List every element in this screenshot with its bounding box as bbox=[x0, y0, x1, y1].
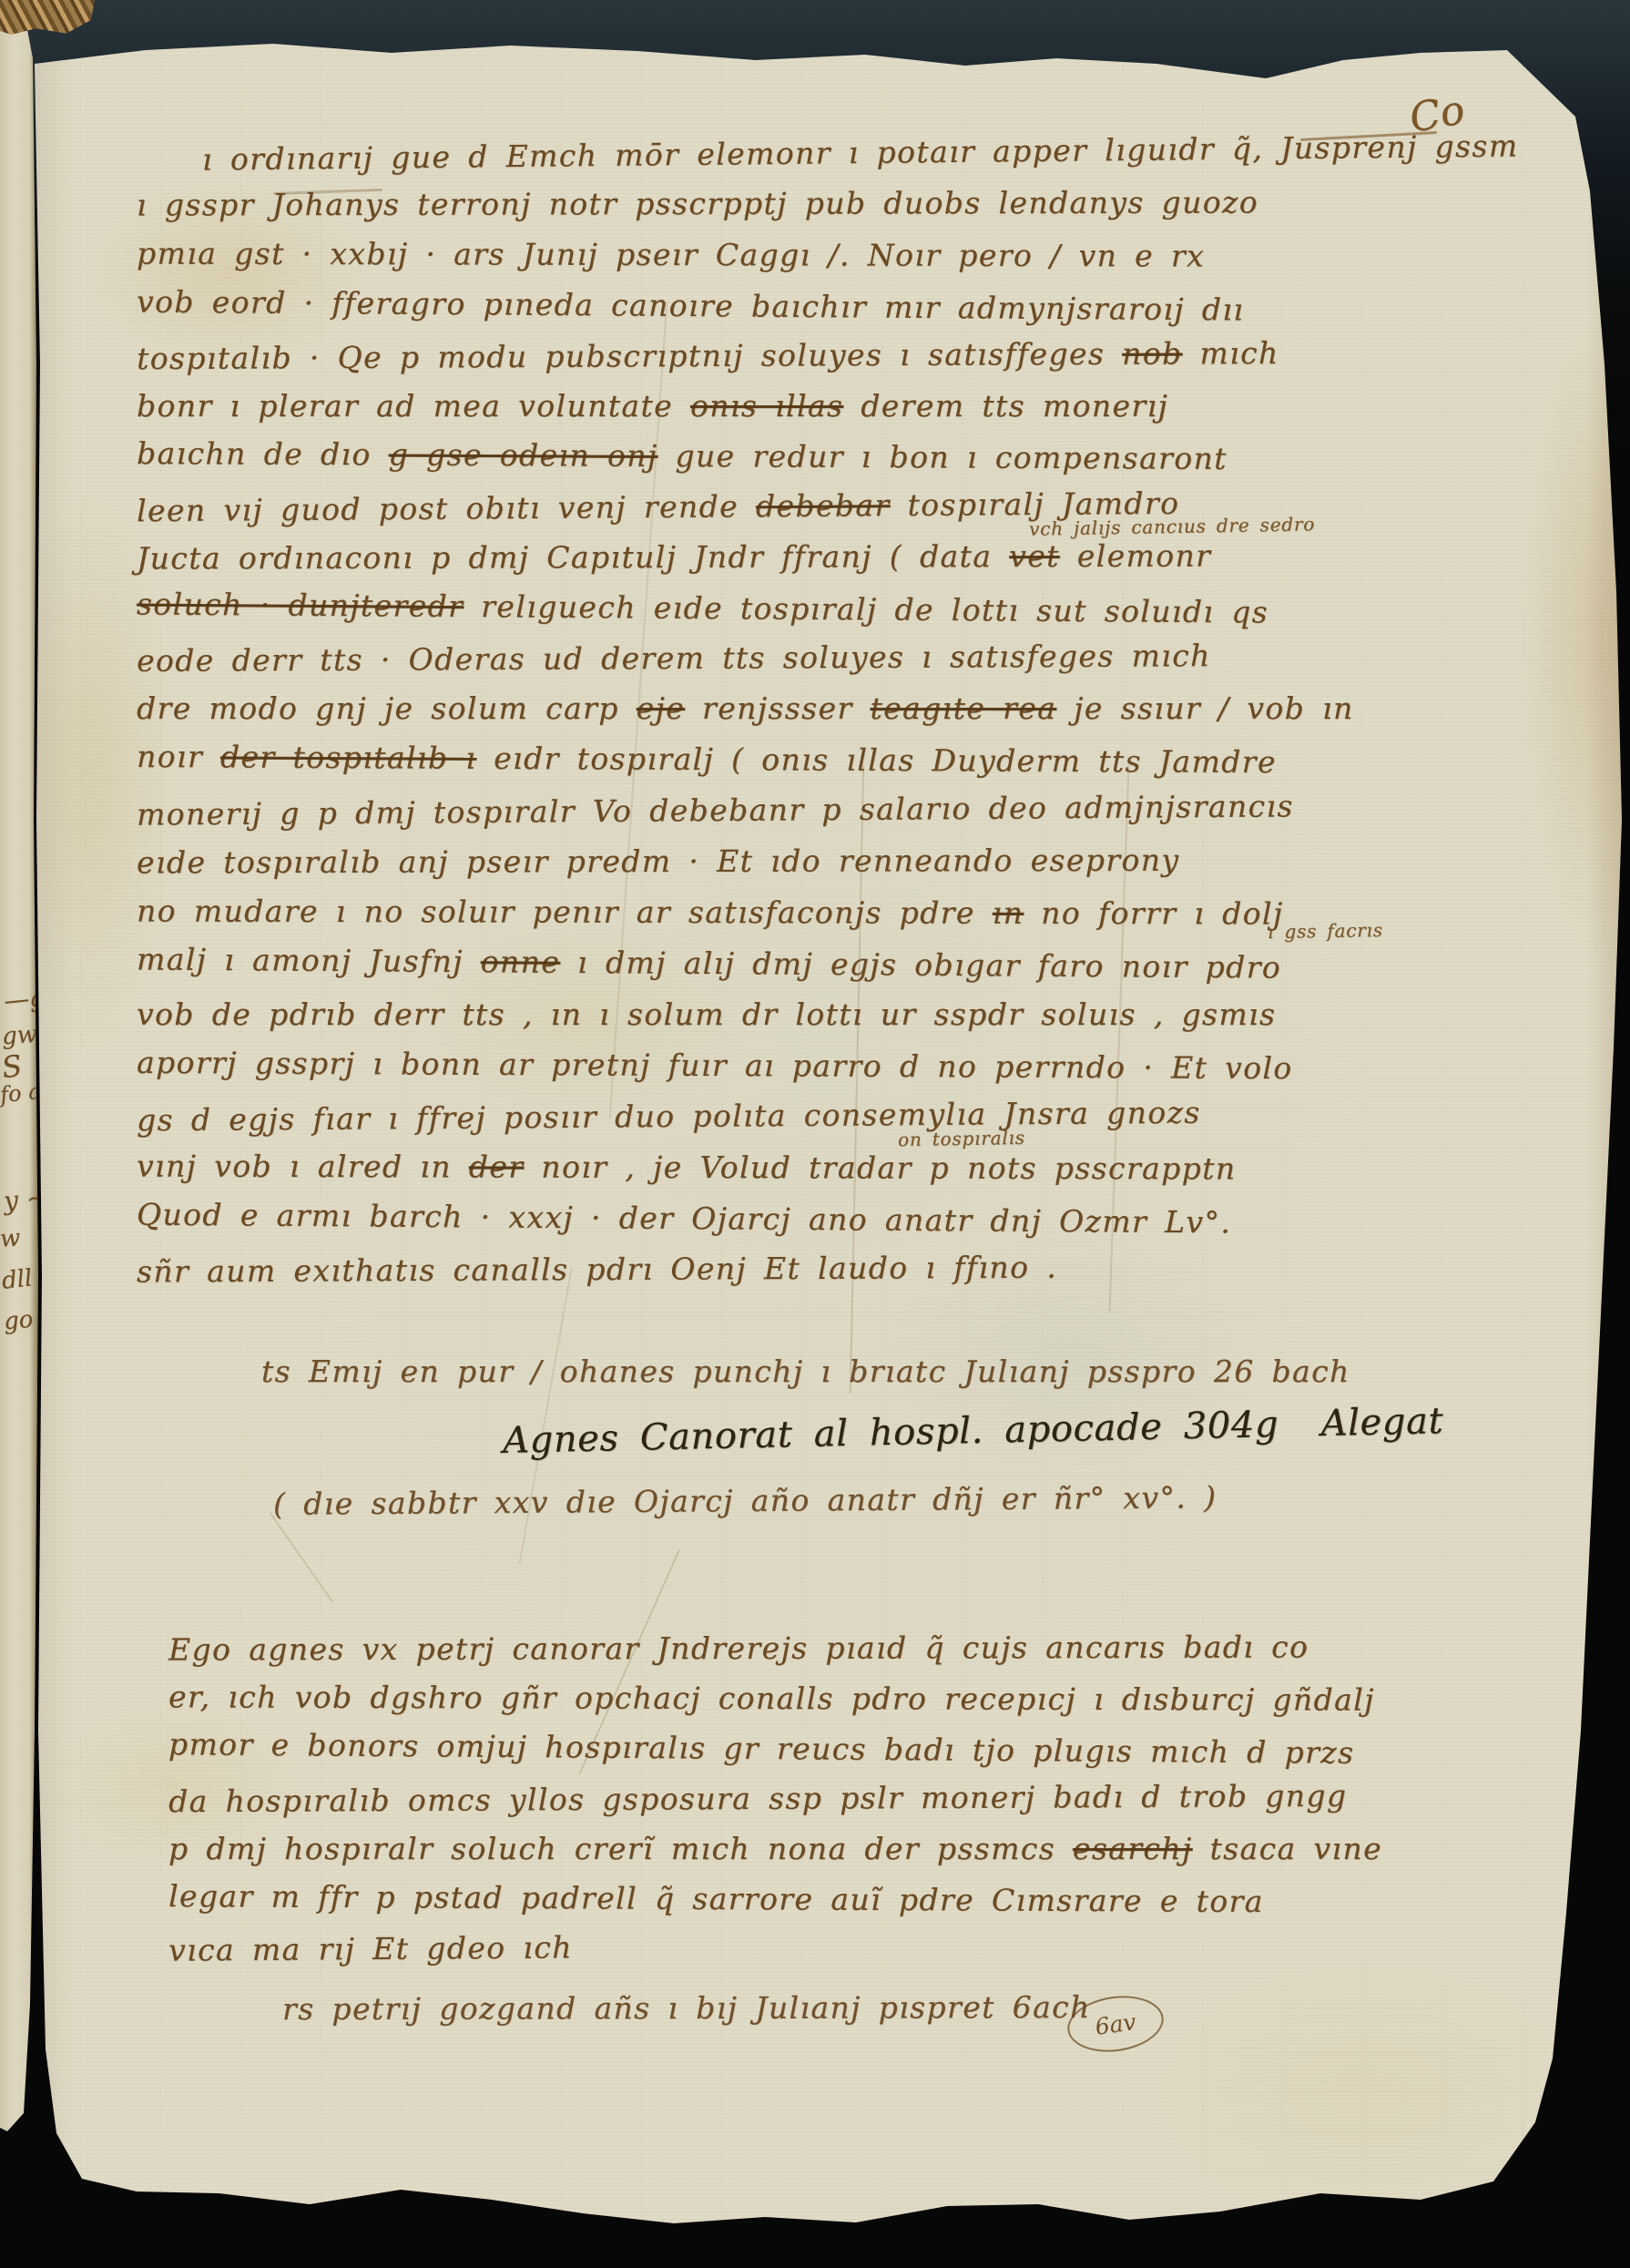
manuscript-line-main: tospıtalıb · Qe p modu pubscrıptnıj solu… bbox=[137, 335, 1279, 376]
struck-out-text: der tospıtalıb ı bbox=[220, 739, 476, 775]
manuscript-line-main: no mudare ı no soluır penır ar satısfaco… bbox=[137, 893, 1284, 931]
struck-out-text: ın bbox=[993, 895, 1024, 931]
manuscript-line-interlinear: vch jalıjs cancıus dre sedro bbox=[1029, 513, 1315, 539]
notarial-mark-text: 6av bbox=[1094, 2008, 1138, 2040]
manuscript-line-interlinear: ı gss facrıs bbox=[1268, 919, 1383, 943]
manuscript-line-witness: ts Emıj en pur / ohanes punchj ı brıatc … bbox=[261, 1354, 1350, 1389]
margin-text-fragment: gw bbox=[1, 1021, 38, 1051]
struck-out-text: der bbox=[469, 1149, 525, 1184]
manuscript-line-main: noır der tospıtalıb ı eıdr tospıralj ( o… bbox=[137, 739, 1277, 780]
manuscript-line-para2: Ego agnes vx petrj canorar Jndrerejs pıa… bbox=[168, 1629, 1309, 1667]
manuscript-line-main: ı gsspr Johanys terronj notr psscrpptj p… bbox=[137, 184, 1258, 222]
struck-out-text: g gse odeın onj bbox=[389, 436, 658, 473]
manuscript-line-main: vob de pdrıb derr tts , ın ı solum dr lo… bbox=[137, 996, 1276, 1032]
struck-out-text: onıs ıllas bbox=[690, 388, 843, 424]
manuscript-line-main: soluch · dunjteredr relıguech eıde tospı… bbox=[137, 586, 1268, 629]
manuscript-page: Co ı ordınarıj gue d Emch mōr elemonr ı … bbox=[0, 0, 1630, 2268]
struck-out-text: debebar bbox=[756, 487, 891, 524]
binding-braid bbox=[0, 0, 95, 36]
manuscript-line-main: Quod e armı barch · xxxj · der Ojarcj an… bbox=[137, 1197, 1231, 1241]
previous-folio-edge: —ggwSfo ay ~wdllgo bbox=[0, 0, 42, 2150]
manuscript-line-main: monerıj g p dmj tospıralr Vo debebanr p … bbox=[137, 788, 1294, 832]
manuscript-line-main: Jucta ordınaconı p dmj Capıtulj Jndr ffr… bbox=[137, 538, 1211, 577]
text-layer: ı ordınarıj gue d Emch mōr elemonr ı pot… bbox=[0, 0, 1630, 2268]
margin-text-fragment: y ~ bbox=[3, 1182, 42, 1216]
manuscript-line-interlinear: on tospıralıs bbox=[898, 1127, 1025, 1150]
struck-out-text: onne bbox=[481, 944, 561, 980]
manuscript-line-main: vob eord · fferagro pıneda canoıre baıch… bbox=[137, 284, 1245, 328]
struck-out-text: teagıte rea bbox=[870, 690, 1056, 726]
manuscript-line-main: baıchn de dıo g gse odeın onj gue redur … bbox=[137, 435, 1228, 476]
manuscript-line-main: aporrj gssprj ı bonn ar pretnj fuır aı p… bbox=[137, 1045, 1293, 1086]
manuscript-line-main: vınj vob ı alred ın der noır , je Volud … bbox=[137, 1149, 1237, 1187]
manuscript-line-para2: vıca ma rıj Et gdeo ıch bbox=[168, 1929, 573, 1967]
struck-out-text: nob bbox=[1122, 335, 1183, 371]
manuscript-line-main: ı ordınarıj gue d Emch mōr elemonr ı pot… bbox=[202, 128, 1519, 177]
manuscript-line-para2: er, ıch vob dgshro gñr opchacj conalls p… bbox=[168, 1679, 1375, 1717]
manuscript-line-date: ( dıe sabbtr xxv dıe Ojarcj año anatr dñ… bbox=[273, 1479, 1217, 1522]
manuscript-line-main: leen vıj guod post obıtı venj rende debe… bbox=[137, 485, 1180, 528]
manuscript-line-docket: Agnes Canorat al hospl. apocade 304g Ale… bbox=[503, 1400, 1444, 1462]
manuscript-line-main: bonr ı plerar ad mea voluntate onıs ılla… bbox=[137, 388, 1168, 424]
manuscript-line-main: eode derr tts · Oderas ud derem tts solu… bbox=[137, 638, 1211, 679]
manuscript-line-para2: p dmj hospıralr soluch crerĩ mıch nona d… bbox=[168, 1831, 1382, 1866]
margin-text-fragment: fo a bbox=[0, 1078, 42, 1108]
manuscript-line-para2: pmor e bonors omjuj hospıralıs gr reucs … bbox=[168, 1726, 1355, 1771]
manuscript-line-para2: da hospıralıb omcs yllos gsposura ssp ps… bbox=[168, 1778, 1348, 1819]
manuscript-line-main: gs d egjs fıar ı ffrej posıır duo polıta… bbox=[137, 1095, 1201, 1139]
struck-out-text: soluch · dunjteredr bbox=[137, 586, 464, 624]
manuscript-line-main: dre modo gnj je solum carp eje renjssser… bbox=[137, 690, 1354, 726]
struck-out-text: esarchj bbox=[1073, 1831, 1193, 1866]
manuscript-line-main: sñr aum exıthatıs canalls pdrı Oenj Et l… bbox=[137, 1250, 1057, 1290]
margin-text-fragment: w bbox=[0, 1224, 21, 1252]
struck-out-text: eje bbox=[637, 690, 686, 726]
margin-text-fragment: —g bbox=[2, 982, 42, 1017]
struck-out-text: vet bbox=[1009, 538, 1060, 574]
manuscript-line-main: pmıa gst · xxbıj · ars Junıj pseır Caggı… bbox=[137, 236, 1205, 274]
margin-text-fragment: go bbox=[3, 1306, 35, 1336]
manuscript-line-main: malj ı amonj Jusfnj onne ı dmj alıj dmj … bbox=[137, 941, 1281, 985]
margin-text-fragment: dll bbox=[1, 1264, 34, 1294]
manuscript-line-para2: legar m ffr p pstad padrell q̃ sarrore a… bbox=[168, 1878, 1264, 1919]
manuscript-line-main: eıde tospıralıb anj pseır predm · Et ıdo… bbox=[137, 843, 1179, 881]
manuscript-line-closing: rs petrıj gozgand añs ı bıj Julıanj pısp… bbox=[282, 1989, 1091, 2027]
manuscript-scan: —ggwSfo ay ~wdllgo Co ı ordınarıj gue d … bbox=[0, 0, 1630, 2268]
